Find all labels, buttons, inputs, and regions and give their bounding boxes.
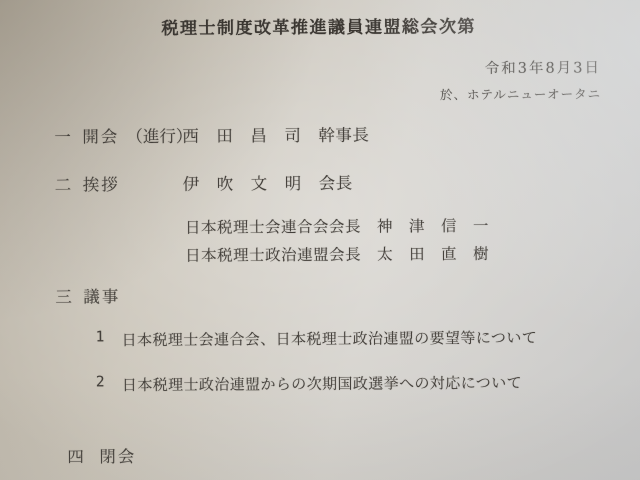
item-person: 西 田 昌 司 幹事長 [182,122,369,147]
item-person: 伊 吹 文 明 会長 [183,170,353,195]
topic-number: 2 [96,374,105,390]
item-label: 開会 [82,123,119,147]
agenda-item-greetings: 二 挨拶 伊 吹 文 明 会長 [0,168,640,194]
meta-venue: 於、ホテルニューオータニ [440,84,601,103]
item-label: 議事 [83,283,120,307]
item-number: 一 [54,124,71,148]
item-number: 四 [67,443,84,467]
meta-block: 令和3年8月3日 於、ホテルニューオータニ [440,56,601,103]
greeter-line: 日本税理士会連合会会長 神 津 信 一 [185,214,489,238]
agenda-item-proceedings: 三 議事 [0,280,640,306]
item-label: 閉会 [99,443,136,467]
agenda-item-opening: 一 開会 （進行） 西 田 昌 司 幹事長 [0,120,639,146]
meta-date: 令和3年8月3日 [440,56,601,78]
item-number: 二 [55,172,72,196]
greeter-line: 日本税理士政治連盟会長 太 田 直 樹 [185,242,489,266]
topic-text: 日本税理士会連合会、日本税理士政治連盟の要望等について [122,327,538,351]
proceedings-topic: 2 日本税理士政治連盟からの次期国政選挙への対応について [1,371,640,375]
agenda-sheet: 税理士制度改革推進議員連盟総会次第 令和3年8月3日 於、ホテルニューオータニ … [0,0,640,480]
topic-text: 日本税理士政治連盟からの次期国政選挙への対応について [122,372,522,395]
document-photo: 税理士制度改革推進議員連盟総会次第 令和3年8月3日 於、ホテルニューオータニ … [0,0,640,480]
topic-number: 1 [96,329,105,345]
proceedings-topic: 1 日本税理士会連合会、日本税理士政治連盟の要望等について [1,326,640,330]
agenda-item-closing: 四 閉会 [1,440,640,466]
item-number: 三 [55,284,72,308]
page-title: 税理士制度改革推進議員連盟総会次第 [0,11,639,40]
item-label: 挨拶 [83,171,120,195]
